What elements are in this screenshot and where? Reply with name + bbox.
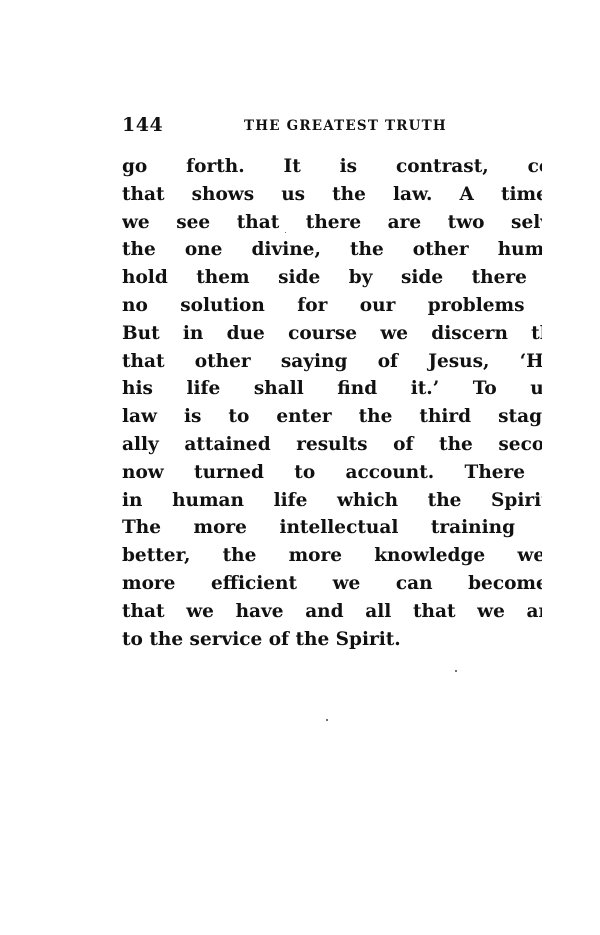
text-line: law is to enter the third stage. The gra…	[122, 403, 600, 431]
text-line: better, the more knowledge we possess th…	[122, 542, 600, 570]
text-line: more efficient we can become—if only all	[122, 570, 600, 598]
text-line: his life shall find it.’ To understand t…	[122, 375, 600, 403]
text-line: The more intellectual training we have t…	[122, 514, 600, 542]
scan-speck	[326, 719, 328, 721]
page-number: 144	[122, 114, 163, 136]
scan-speck	[285, 232, 286, 233]
book-page: 144 THE GREATEST TRUTH go forth. It is c…	[0, 0, 600, 935]
text-line: now turned to account. There is no power	[122, 459, 600, 487]
text-line: in human life which the Spirit cannot us…	[122, 487, 600, 515]
text-line: no solution for our problems and conflic…	[122, 292, 600, 320]
text-line: ally attained results of the second peri…	[122, 431, 600, 459]
text-line: that shows us the law. A time comes when	[122, 181, 600, 209]
text-line: go forth. It is contrast, conflict, dual…	[122, 153, 600, 181]
text-line: that other saying of Jesus, ‘He that los…	[122, 348, 600, 376]
text-line: we see that there are two selves within …	[122, 209, 600, 237]
scan-speck	[455, 670, 457, 672]
text-line: But in due course we discern the meaning…	[122, 320, 600, 348]
text-line: that we have and all that we are is dedi…	[122, 598, 600, 626]
text-line: hold them side by side there seems to be	[122, 264, 600, 292]
running-head: THE GREATEST TRUTH	[244, 118, 447, 134]
text-line: the one divine, the other human. While w…	[122, 236, 600, 264]
scan-edge-crop	[542, 140, 600, 680]
body-text: go forth. It is contrast, conflict, dual…	[122, 153, 600, 653]
page-header: 144 THE GREATEST TRUTH	[122, 114, 600, 138]
text-line: to the service of the Spirit.	[122, 626, 600, 654]
